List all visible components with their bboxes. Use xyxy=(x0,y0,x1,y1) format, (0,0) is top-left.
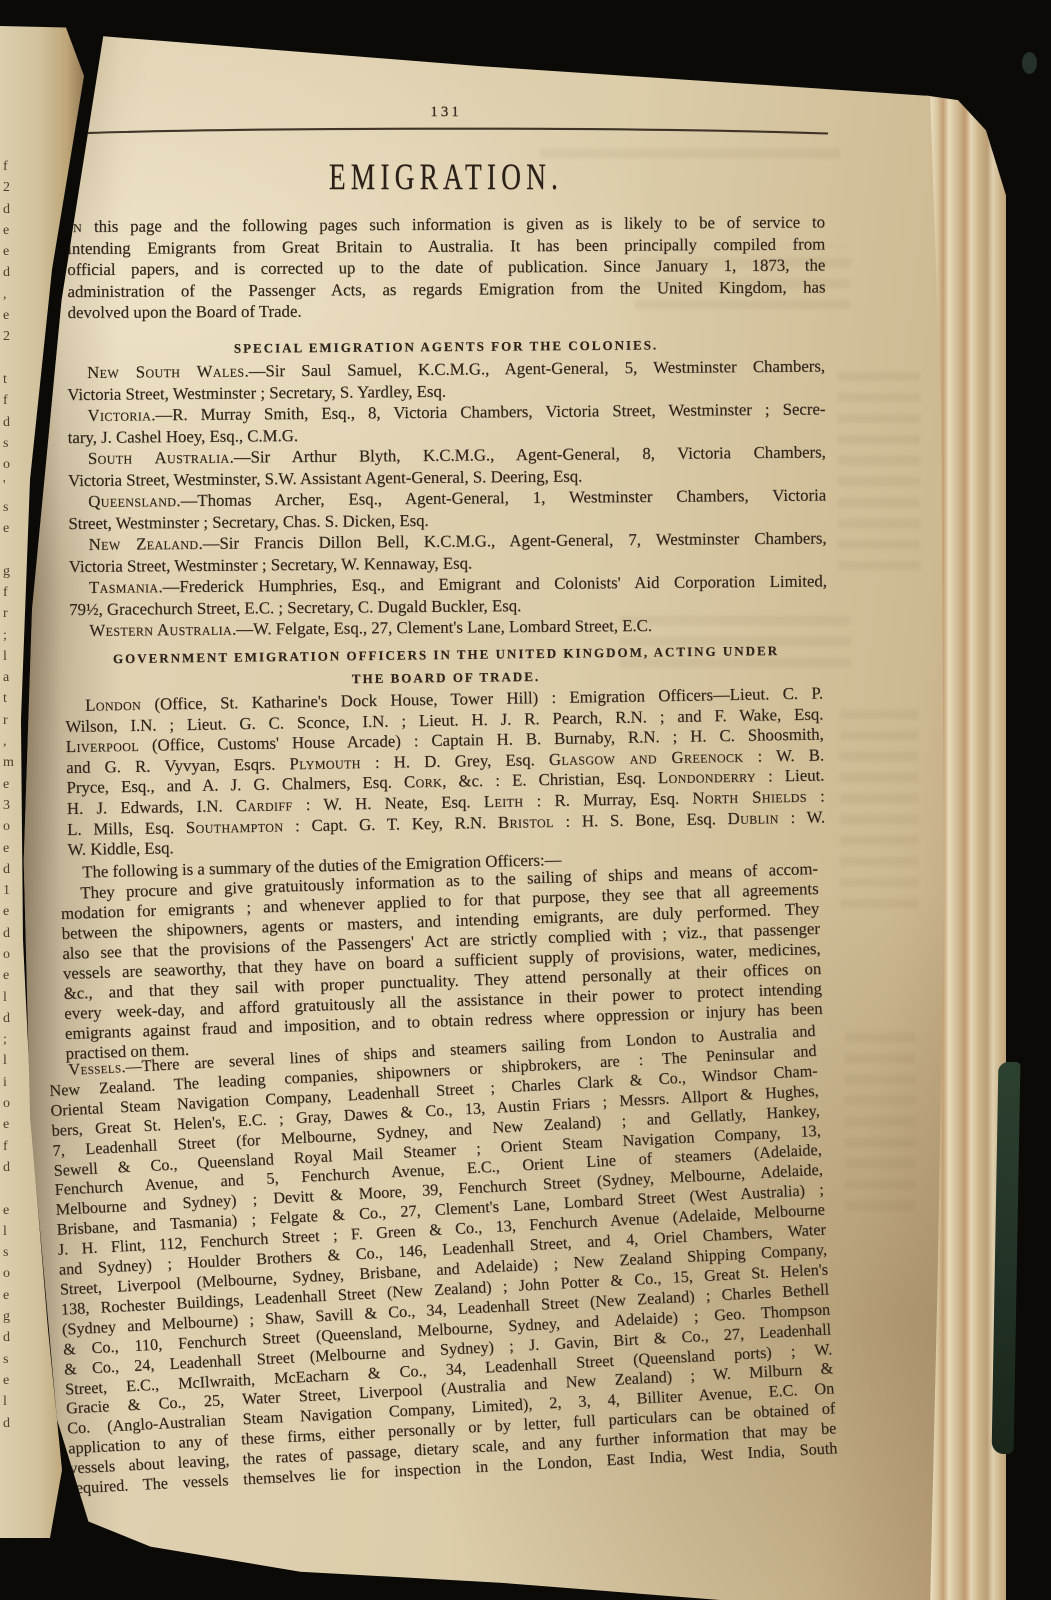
fragment-letter: s xyxy=(3,1349,8,1370)
fragment-letter: e xyxy=(3,241,9,262)
margin-letter-fragments: f2deed,e2 tfdso'se gfr;latr,me3oed1edoel… xyxy=(3,156,23,1434)
fragment-letter: , xyxy=(3,284,7,305)
fragment-letter: e xyxy=(3,1370,9,1391)
fragment-letter: d xyxy=(3,1327,10,1348)
fragment-letter: e xyxy=(3,518,9,539)
agent-entry: Victoria.—R. Murray Smith, Esq., 8, Vict… xyxy=(67,398,825,448)
fragment-letter: e xyxy=(3,901,9,922)
fragment-letter: d xyxy=(3,1008,10,1029)
fragment-letter: f xyxy=(3,1136,8,1157)
fragment-letter: f xyxy=(3,390,8,411)
fragment-letter: 2 xyxy=(3,177,10,198)
vessels-paragraph: Vessels.—There are several lines of ship… xyxy=(48,1022,838,1500)
fragment-letter: d xyxy=(3,1413,10,1434)
fragment-letter: i xyxy=(3,1072,7,1093)
fragment-letter xyxy=(3,1178,7,1199)
agent-entry: New Zealand.—Sir Francis Dillon Bell, K.… xyxy=(69,527,827,577)
intro-paragraph: In this page and the following pages suc… xyxy=(67,211,826,324)
fragment-letter: o xyxy=(3,1263,10,1284)
fragment-letter: , xyxy=(3,731,7,752)
fragment-letter: ' xyxy=(3,475,6,496)
show-through-ghost xyxy=(845,1030,915,1210)
fragment-letter: ; xyxy=(3,1029,7,1050)
fragment-letter: o xyxy=(3,454,10,475)
book-cover-corner xyxy=(1022,52,1037,74)
officers-paragraph: London (Office, St. Katharine's Dock Hou… xyxy=(65,683,826,860)
agents-heading: SPECIAL EMIGRATION AGENTS FOR THE COLONI… xyxy=(67,336,825,358)
fragment-letter: m xyxy=(3,752,14,773)
fragment-letter: r xyxy=(3,710,8,731)
fragment-letter: a xyxy=(3,667,9,688)
fragment-letter: d xyxy=(3,923,10,944)
fragment-letter: e xyxy=(3,1285,9,1306)
fragment-letter: o xyxy=(3,944,10,965)
fragment-letter: e xyxy=(3,965,9,986)
text-line: devolved upon the Board of Trade. xyxy=(68,298,826,324)
fragment-letter: 3 xyxy=(3,795,10,816)
fragment-letter: l xyxy=(3,646,7,667)
page-title: EMIGRATION. xyxy=(166,156,727,199)
fragment-letter: o xyxy=(3,1093,10,1114)
page-number: 131 xyxy=(67,104,825,121)
fragment-letter: t xyxy=(3,369,7,390)
agent-entry: South Australia.—Sir Arthur Blyth, K.C.M… xyxy=(68,441,826,491)
fragment-letter: l xyxy=(3,987,7,1008)
fragment-letter: d xyxy=(3,412,10,433)
fragment-letter: g xyxy=(3,561,10,582)
show-through-ghost xyxy=(840,698,918,908)
fragment-letter: 2 xyxy=(3,326,10,347)
fragment-letter: f xyxy=(3,156,8,177)
fragment-letter: e xyxy=(3,1114,9,1135)
fragment-letter: e xyxy=(3,838,9,859)
fragment-letter: d xyxy=(3,859,10,880)
fragment-letter: e xyxy=(3,774,9,795)
book-photo: { "colors":{"paper":"#dccdab","ink":"#2f… xyxy=(0,0,1051,1600)
fragment-letter: s xyxy=(3,1242,8,1263)
book-page: 131 EMIGRATION. In this page and the fol… xyxy=(20,30,945,1600)
fragment-letter: e xyxy=(3,220,9,241)
fragment-letter: d xyxy=(3,262,10,283)
fragment-letter: r xyxy=(3,603,8,624)
fragment-letter: o xyxy=(3,816,10,837)
fragment-letter: ; xyxy=(3,625,7,646)
agent-entry: Tasmania.—Frederick Humphries, Esq., and… xyxy=(69,570,827,620)
agent-entry: Queensland.—Thomas Archer, Esq., Agent-G… xyxy=(68,484,826,534)
agents-list: New South Wales.—Sir Saul Samuel, K.C.M.… xyxy=(67,355,827,641)
fragment-letter: e xyxy=(3,1200,9,1221)
fragment-letter xyxy=(3,539,7,560)
fragment-letter: l xyxy=(3,1391,7,1412)
fragment-letter: 1 xyxy=(3,880,10,901)
fragment-letter: s xyxy=(3,497,8,518)
fragment-letter: f xyxy=(3,582,8,603)
fragment-letter: e xyxy=(3,305,9,326)
show-through-ghost xyxy=(838,360,920,570)
agent-entry: New South Wales.—Sir Saul Samuel, K.C.M.… xyxy=(67,355,825,405)
header-rule xyxy=(58,124,830,134)
fragment-letter: l xyxy=(3,1221,7,1242)
fragment-letter: t xyxy=(3,688,7,709)
government-heading-line1: GOVERNMENT EMIGRATION OFFICERS IN THE UN… xyxy=(67,642,825,667)
fragment-letter xyxy=(3,348,7,369)
fragment-letter: l xyxy=(3,1050,7,1071)
fragment-letter: d xyxy=(3,199,10,220)
fragment-letter: s xyxy=(3,433,8,454)
fragment-letter: d xyxy=(3,1157,10,1178)
fragment-letter: g xyxy=(3,1306,10,1327)
